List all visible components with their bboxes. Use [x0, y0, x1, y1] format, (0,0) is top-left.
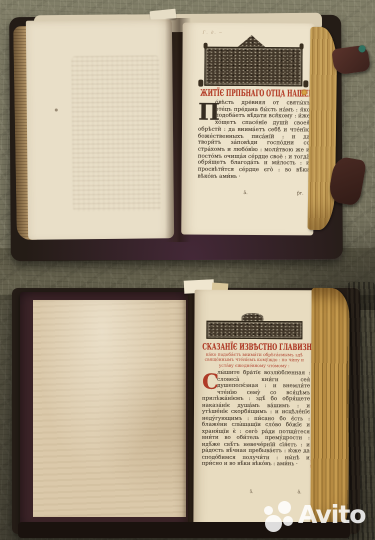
page-number: р̃г.	[297, 191, 304, 196]
headpiece-figure	[303, 80, 308, 87]
top-left-page	[26, 19, 174, 240]
page-header-note: Г. д. ~	[203, 30, 293, 36]
top-right-page: Г. д. ~ ЖИТЇЄ ПРПБНАГО ОТЦА НАШЕГО По́вѣ…	[181, 23, 314, 236]
catchword: а̃.	[244, 191, 248, 196]
showthrough-text-block	[71, 55, 161, 211]
initial-letter-red: С	[202, 371, 215, 393]
body-text-block-bottom: Слы́шите бра́тїє возлю́бленная : словеса…	[202, 370, 311, 486]
clasp-fitting	[358, 45, 366, 53]
endpaper	[33, 300, 186, 517]
page-speck	[55, 108, 58, 111]
body-text: о́вѣсть дре́вняя от святы́хъ оте́цъ пре́…	[198, 100, 311, 180]
avito-wordmark: Avito	[298, 500, 365, 529]
photo-top: Г. д. ~ ЖИТЇЄ ПРПБНАГО ОТЦА НАШЕГО По́вѣ…	[0, 0, 375, 268]
headpiece-ornament	[204, 47, 302, 87]
clasp-strap-top	[331, 45, 370, 76]
body-text-block: По́вѣсть дре́вняя от святы́хъ оте́цъ пре…	[198, 100, 311, 188]
title-vyaz-bottom: СКАЗАНЇЄ ИЗВѢСТНО ГЛАВИЗНАМЪ	[202, 341, 328, 353]
headband-ornament	[206, 321, 302, 340]
catchword-bottom: з̃.	[250, 490, 254, 495]
headpiece-figure	[198, 80, 203, 87]
initial-letter: П	[198, 101, 213, 125]
headpiece-finial	[204, 43, 208, 49]
inside-cover-board	[20, 292, 188, 530]
subtitle-red: ка́ко подоба́єтъ внима́ти обрѣта́ємымъ з…	[203, 353, 305, 369]
page-number-bottom: а̃.	[297, 490, 301, 495]
photo-collage: Г. д. ~ ЖИТЇЄ ПРПБНАГО ОТЦА НАШЕГО По́вѣ…	[0, 0, 375, 540]
rosette-ornament	[301, 89, 307, 95]
body-text-bottom: лы́шите бра́тїє возлю́бленная : словеса̀…	[202, 370, 311, 467]
bottom-right-page: СКАЗАНЇЄ ИЗВѢСТНО ГЛАВИЗНАМЪ ка́ко подоб…	[193, 290, 314, 531]
headpiece-finial	[300, 43, 304, 49]
title-vyaz: ЖИТЇЄ ПРПБНАГО ОТЦА НАШЕГО	[200, 87, 317, 100]
avito-logo-icon	[258, 496, 296, 534]
avito-watermark: Avito	[258, 496, 373, 536]
